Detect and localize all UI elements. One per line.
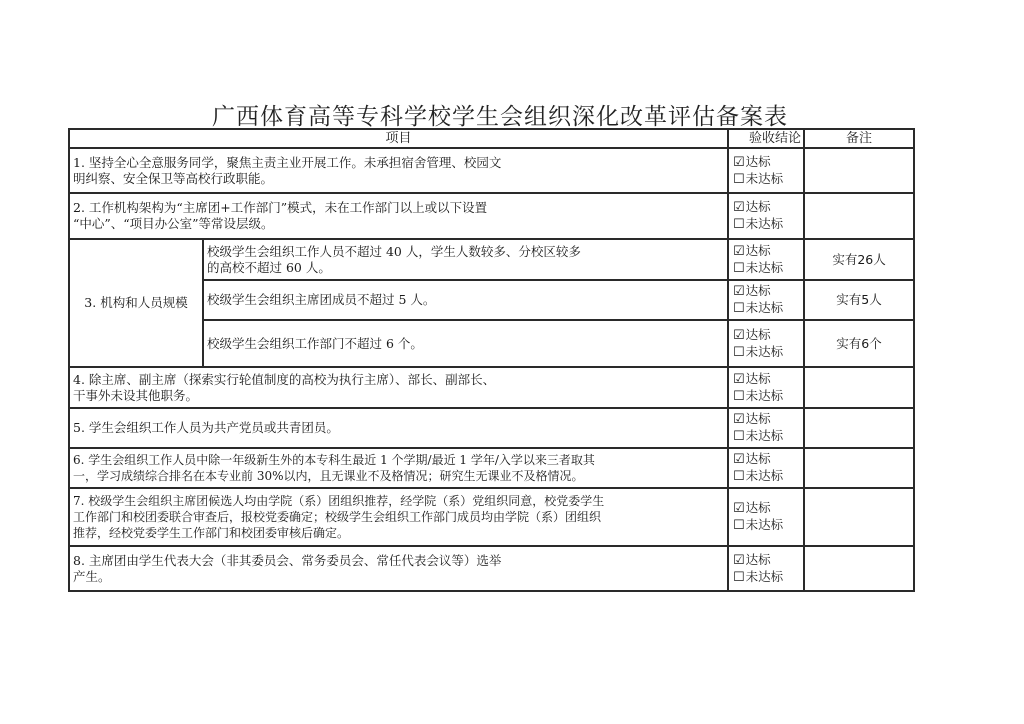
pass-label: 达标 [746,371,771,386]
fail-label: 未达标 [746,388,784,403]
item-cell: 8. 主席团由学生代表大会（非其委员会、常务委员会、常任代表会议等）选举 产生。 [69,546,728,591]
note-cell: 实有26人 [804,239,914,280]
item-text-line: 6. 学生会组织工作人员中除一年级新生外的本专科生最近 1 个学期/最近 1 学… [73,452,724,468]
pass-label: 达标 [746,154,771,169]
item-text-line: 7. 校级学生会组织主席团候选人均由学院（系）团组织推荐，经学院（系）党组织同意… [73,493,724,509]
fail-option[interactable]: ☐未达标 [733,428,800,445]
note-cell [804,193,914,239]
table-row: 8. 主席团由学生代表大会（非其委员会、常务委员会、常任代表会议等）选举 产生。… [69,546,914,591]
checked-box-icon: ☑ [733,372,745,387]
note-cell [804,367,914,408]
conclusion-cell: ☑达标 ☐未达标 [728,280,804,320]
item-text-line: “中心”、“项目办公室”等常设层级。 [73,216,724,232]
pass-label: 达标 [746,552,771,567]
item-text-line: 8. 主席团由学生代表大会（非其委员会、常务委员会、常任代表会议等）选举 [73,553,724,569]
pass-label: 达标 [746,327,771,342]
group-label-cell: 3. 机构和人员规模 [69,239,203,367]
note-cell [804,148,914,193]
item-cell: 1. 坚持全心全意服务同学，聚焦主责主业开展工作。未承担宿舍管理、校园文 明纠察… [69,148,728,193]
pass-label: 达标 [746,500,771,515]
item-text-line: 校级学生会组织工作部门不超过 6 个。 [207,336,724,352]
fail-label: 未达标 [746,300,784,315]
checked-box-icon: ☑ [733,244,745,259]
conclusion-cell: ☑达标 ☐未达标 [728,488,804,546]
pass-option[interactable]: ☑达标 [733,327,800,344]
checked-box-icon: ☑ [733,200,745,215]
fail-option[interactable]: ☐未达标 [733,517,800,534]
fail-label: 未达标 [746,260,784,275]
unchecked-box-icon: ☐ [733,469,745,484]
fail-option[interactable]: ☐未达标 [733,216,800,233]
note-cell [804,408,914,448]
item-text-line: 推荐，经校党委学生工作部门和校团委审核后确定。 [73,525,724,541]
conclusion-cell: ☑达标 ☐未达标 [728,408,804,448]
table-header-row: 项目 验收结论 备注 [69,129,914,148]
fail-option[interactable]: ☐未达标 [733,569,800,586]
note-cell: 实有5人 [804,280,914,320]
pass-option[interactable]: ☑达标 [733,243,800,260]
table-row: 3. 机构和人员规模 校级学生会组织工作人员不超过 40 人，学生人数较多、分校… [69,239,914,280]
item-text-line: 2. 工作机构架构为“主席团+工作部门”模式，未在工作部门以上或以下设置 [73,200,724,216]
item-cell: 6. 学生会组织工作人员中除一年级新生外的本专科生最近 1 个学期/最近 1 学… [69,448,728,488]
pass-label: 达标 [746,199,771,214]
note-cell [804,488,914,546]
pass-option[interactable]: ☑达标 [733,500,800,517]
pass-option[interactable]: ☑达标 [733,283,800,300]
item-text-line: 产生。 [73,569,724,585]
pass-label: 达标 [746,243,771,258]
pass-label: 达标 [746,451,771,466]
item-text-line: 明纠察、安全保卫等高校行政职能。 [73,171,724,187]
item-cell: 2. 工作机构架构为“主席团+工作部门”模式，未在工作部门以上或以下设置 “中心… [69,193,728,239]
header-notes: 备注 [804,129,914,148]
pass-option[interactable]: ☑达标 [733,154,800,171]
fail-label: 未达标 [746,171,784,186]
unchecked-box-icon: ☐ [733,217,745,232]
fail-option[interactable]: ☐未达标 [733,300,800,317]
checked-box-icon: ☑ [733,452,745,467]
note-cell [804,546,914,591]
pass-option[interactable]: ☑达标 [733,552,800,569]
table-row: 4. 除主席、副主席（探索实行轮值制度的高校为执行主席）、部长、副部长、 干事外… [69,367,914,408]
item-text-line: 的高校不超过 60 人。 [207,260,724,276]
item-cell: 校级学生会组织工作人员不超过 40 人，学生人数较多、分校区较多 的高校不超过 … [203,239,728,280]
item-text-line: 一，学习成绩综合排名在本专业前 30%以内，且无课业不及格情况；研究生无课业不及… [73,468,724,484]
note-cell: 实有6个 [804,320,914,367]
fail-option[interactable]: ☐未达标 [733,388,800,405]
fail-label: 未达标 [746,428,784,443]
header-conclusion: 验收结论 [728,129,804,148]
item-text-line: 1. 坚持全心全意服务同学，聚焦主责主业开展工作。未承担宿舍管理、校园文 [73,155,724,171]
conclusion-cell: ☑达标 ☐未达标 [728,546,804,591]
pass-option[interactable]: ☑达标 [733,199,800,216]
checked-box-icon: ☑ [733,553,745,568]
checked-box-icon: ☑ [733,412,745,427]
fail-option[interactable]: ☐未达标 [733,260,800,277]
checked-box-icon: ☑ [733,284,745,299]
pass-option[interactable]: ☑达标 [733,411,800,428]
table-row: 2. 工作机构架构为“主席团+工作部门”模式，未在工作部门以上或以下设置 “中心… [69,193,914,239]
item-cell: 7. 校级学生会组织主席团候选人均由学院（系）团组织推荐，经学院（系）党组织同意… [69,488,728,546]
unchecked-box-icon: ☐ [733,301,745,316]
conclusion-cell: ☑达标 ☐未达标 [728,148,804,193]
conclusion-cell: ☑达标 ☐未达标 [728,367,804,408]
header-item: 项目 [69,129,728,148]
item-cell: 5. 学生会组织工作人员为共产党员或共青团员。 [69,408,728,448]
conclusion-cell: ☑达标 ☐未达标 [728,193,804,239]
page-title: 广西体育高等专科学校学生会组织深化改革评估备案表 [0,98,1000,131]
table-row: 7. 校级学生会组织主席团候选人均由学院（系）团组织推荐，经学院（系）党组织同意… [69,488,914,546]
fail-label: 未达标 [746,468,784,483]
unchecked-box-icon: ☐ [733,172,745,187]
unchecked-box-icon: ☐ [733,261,745,276]
unchecked-box-icon: ☐ [733,389,745,404]
fail-label: 未达标 [746,569,784,584]
unchecked-box-icon: ☐ [733,570,745,585]
conclusion-cell: ☑达标 ☐未达标 [728,239,804,280]
pass-label: 达标 [746,411,771,426]
fail-label: 未达标 [746,517,784,532]
table-row: 6. 学生会组织工作人员中除一年级新生外的本专科生最近 1 个学期/最近 1 学… [69,448,914,488]
item-text-line: 5. 学生会组织工作人员为共产党员或共青团员。 [73,420,724,436]
table-row: 1. 坚持全心全意服务同学，聚焦主责主业开展工作。未承担宿舍管理、校园文 明纠察… [69,148,914,193]
evaluation-table: 项目 验收结论 备注 1. 坚持全心全意服务同学，聚焦主责主业开展工作。未承担宿… [68,128,915,592]
item-text-line: 工作部门和校团委联合审查后，报校党委确定；校级学生会组织工作部门成员均由学院（系… [73,509,724,525]
item-text-line: 干事外未设其他职务。 [73,388,724,404]
note-cell [804,448,914,488]
item-cell: 校级学生会组织主席团成员不超过 5 人。 [203,280,728,320]
unchecked-box-icon: ☐ [733,518,745,533]
fail-option[interactable]: ☐未达标 [733,171,800,188]
pass-label: 达标 [746,283,771,298]
fail-label: 未达标 [746,344,784,359]
fail-option[interactable]: ☐未达标 [733,468,800,485]
item-text-line: 校级学生会组织工作人员不超过 40 人，学生人数较多、分校区较多 [207,244,724,260]
item-text-line: 4. 除主席、副主席（探索实行轮值制度的高校为执行主席）、部长、副部长、 [73,372,724,388]
table-row: 5. 学生会组织工作人员为共产党员或共青团员。 ☑达标 ☐未达标 [69,408,914,448]
item-cell: 4. 除主席、副主席（探索实行轮值制度的高校为执行主席）、部长、副部长、 干事外… [69,367,728,408]
checked-box-icon: ☑ [733,155,745,170]
fail-option[interactable]: ☐未达标 [733,344,800,361]
checked-box-icon: ☑ [733,328,745,343]
unchecked-box-icon: ☐ [733,429,745,444]
pass-option[interactable]: ☑达标 [733,451,800,468]
pass-option[interactable]: ☑达标 [733,371,800,388]
item-cell: 校级学生会组织工作部门不超过 6 个。 [203,320,728,367]
unchecked-box-icon: ☐ [733,345,745,360]
conclusion-cell: ☑达标 ☐未达标 [728,448,804,488]
fail-label: 未达标 [746,216,784,231]
checked-box-icon: ☑ [733,501,745,516]
item-text-line: 校级学生会组织主席团成员不超过 5 人。 [207,292,724,308]
conclusion-cell: ☑达标 ☐未达标 [728,320,804,367]
